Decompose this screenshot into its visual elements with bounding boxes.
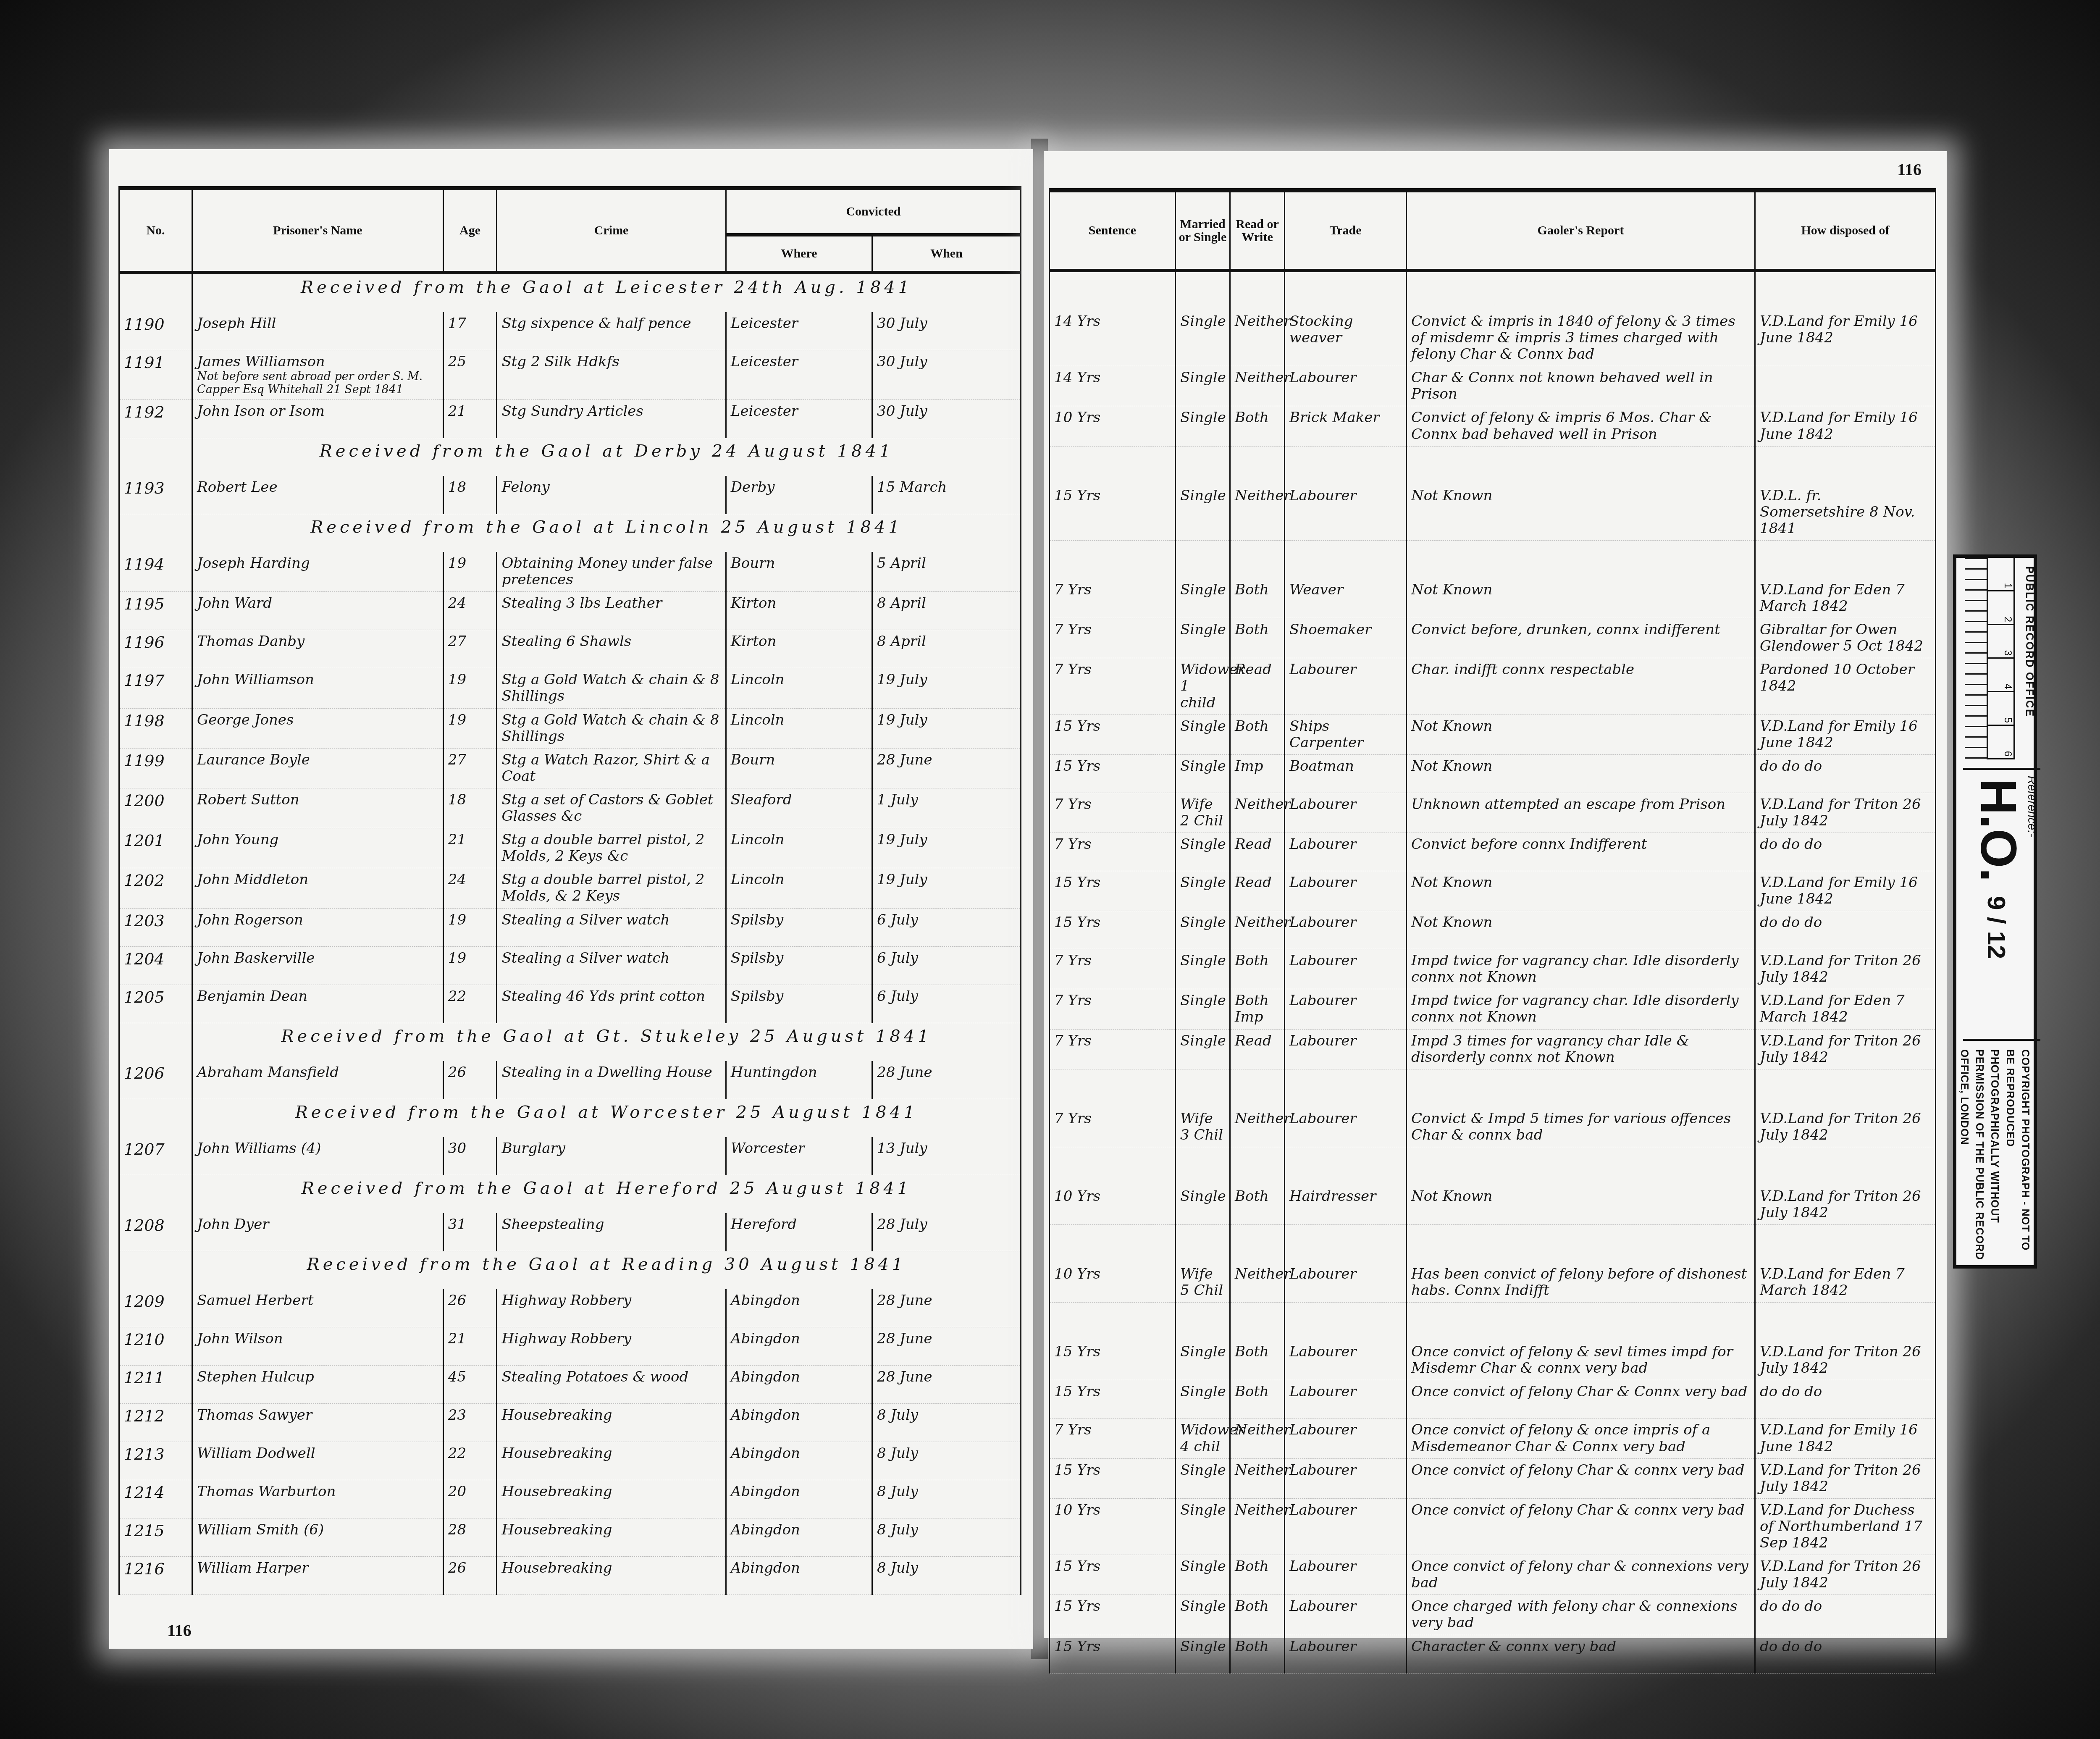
blank-report-cell (1407, 1303, 1755, 1341)
prisoner-row: 1198George Jones19Stg a Gold Watch & cha… (119, 708, 1021, 748)
prisoner-name: William Harper (192, 1556, 444, 1595)
how-disposed-of: V.D.Land for Triton 26 July 1842 (1755, 1185, 1936, 1225)
prisoner-age: 18 (443, 788, 497, 828)
prisoner-age: 20 (443, 1480, 497, 1518)
how-disposed-of: Gibraltar for Owen Glendower 5 Oct 1842 (1755, 618, 1936, 658)
prisoner-name: Robert Lee (192, 476, 444, 514)
trade: Labourer (1285, 793, 1407, 833)
trade: Ships Carpenter (1285, 715, 1407, 754)
sentence: 15 Yrs (1050, 1340, 1176, 1380)
prisoner-number: 1214 (119, 1480, 192, 1518)
scale-mark: 3 (1988, 625, 2013, 659)
gaolers-report: Convict of felony & impris 6 Mos. Char &… (1407, 406, 1755, 446)
prisoner-name: John Wilson (192, 1327, 444, 1365)
prisoner-name: Thomas Warburton (192, 1480, 444, 1518)
prisoner-age: 23 (443, 1403, 497, 1442)
blank-read-cell (1230, 1069, 1285, 1107)
how-disposed-of: V.D.Land for Triton 26 July 1842 (1755, 1340, 1936, 1380)
scale-mark: 5 (1988, 692, 2013, 726)
prisoner-row-detail: 15 YrsSingleBothShips CarpenterNot Known… (1050, 715, 1936, 754)
prisoner-name: Samuel Herbert (192, 1289, 444, 1327)
prisoner-age: 21 (443, 828, 497, 868)
convicted-when: 15 March (872, 476, 1021, 514)
trade: Brick Maker (1285, 406, 1407, 446)
how-disposed-of: do do do (1755, 1380, 1936, 1419)
prisoner-crime: Stealing Potatoes & wood (497, 1365, 726, 1403)
read-or-write: Both (1230, 618, 1285, 658)
sentence: 7 Yrs (1050, 833, 1176, 871)
blank-read-cell (1230, 1225, 1285, 1263)
prisoner-age: 19 (443, 708, 497, 748)
convicted-when: 19 July (872, 828, 1021, 868)
prisoner-row: 1195John Ward24Stealing 3 lbs LeatherKir… (119, 592, 1021, 630)
blank-trade-cell (1285, 540, 1407, 578)
prisoner-name: John Baskerville (192, 946, 444, 985)
sentence: 15 Yrs (1050, 715, 1176, 754)
convicted-when: 6 July (872, 985, 1021, 1023)
read-or-write: Both (1230, 406, 1285, 446)
trade: Labourer (1285, 949, 1407, 989)
prisoner-row: 1212Thomas Sawyer23HousebreakingAbingdon… (119, 1403, 1021, 1442)
convicted-where: Lincoln (726, 868, 872, 908)
prisoner-crime: Stg a Gold Watch & chain & 8 Shillings (497, 708, 726, 748)
prisoner-row-detail: 10 YrsSingleBothHairdresserNot KnownV.D.… (1050, 1185, 1936, 1225)
prisoner-row: 1197John Williamson19Stg a Gold Watch & … (119, 668, 1021, 708)
trade: Labourer (1285, 1419, 1407, 1458)
read-or-write: Both (1230, 578, 1285, 618)
prisoner-age: 28 (443, 1518, 497, 1556)
gaolers-report: Convict before, drunken, connx indiffere… (1407, 618, 1755, 658)
received-from-gaol-row: Received from the Gaol at Hereford 25 Au… (119, 1175, 1021, 1213)
trade: Labourer (1285, 1498, 1407, 1555)
prisoner-crime: Stealing 3 lbs Leather (497, 592, 726, 630)
sentence: 10 Yrs (1050, 406, 1176, 446)
prisoner-name: Abraham Mansfield (192, 1061, 444, 1099)
convicted-where: Kirton (726, 630, 872, 668)
gaolers-report: Convict & impris in 1840 of felony & 3 t… (1407, 310, 1755, 366)
prisoner-row: 1208John Dyer31SheepstealingHereford28 J… (119, 1213, 1021, 1251)
prisoner-crime: Stg 2 Silk Hdkfs (497, 350, 726, 400)
sentence: 7 Yrs (1050, 618, 1176, 658)
married-or-single: Single (1176, 833, 1230, 871)
prisoner-name: William Smith (6) (192, 1518, 444, 1556)
convicted-when: 28 July (872, 1213, 1021, 1251)
married-or-single: Single (1176, 1340, 1230, 1380)
how-disposed-of: V.D.Land for Emily 16 June 1842 (1755, 406, 1936, 446)
blank-married-cell (1176, 1147, 1230, 1185)
gaolers-report: Not Known (1407, 871, 1755, 911)
received-from-gaol-row: Received from the Gaol at Reading 30 Aug… (119, 1251, 1021, 1289)
prisoner-age: 27 (443, 748, 497, 788)
how-disposed-of: do do do (1755, 1595, 1936, 1635)
prisoner-row: 1205Benjamin Dean22Stealing 46 Yds print… (119, 985, 1021, 1023)
sentence: 7 Yrs (1050, 793, 1176, 833)
read-or-write: Both (1230, 1595, 1285, 1635)
convicted-when: 8 July (872, 1442, 1021, 1480)
gaolers-report: Impd twice for vagrancy char. Idle disor… (1407, 949, 1755, 989)
blank-cell (119, 1175, 192, 1213)
trade: Labourer (1285, 1263, 1407, 1303)
prisoner-age: 21 (443, 400, 497, 438)
prisoner-note: Not before sent abroad per order S. M. C… (197, 370, 438, 396)
prisoner-row-detail: 15 YrsSingleBothLabourerCharacter & conn… (1050, 1635, 1936, 1673)
prisoner-name: Joseph Hill (192, 312, 444, 350)
convicted-where: Abingdon (726, 1556, 872, 1595)
convicted-when: 30 July (872, 312, 1021, 350)
how-disposed-of: V.D.Land for Triton 26 July 1842 (1755, 1458, 1936, 1498)
read-or-write: Neither (1230, 1263, 1285, 1303)
married-or-single: Single (1176, 1498, 1230, 1555)
prisoner-row-detail: 15 YrsSingleImpBoatmanNot Knowndo do do (1050, 754, 1936, 793)
prisoner-row-detail: 15 YrsSingleReadLabourerNot KnownV.D.Lan… (1050, 871, 1936, 911)
convicted-when: 28 June (872, 748, 1021, 788)
gaolers-report: Not Known (1407, 484, 1755, 541)
prisoner-name: James WilliamsonNot before sent abroad p… (192, 350, 444, 400)
prisoner-row-detail: 7 YrsSingleBothLabourerImpd twice for va… (1050, 949, 1936, 989)
prisoner-age: 19 (443, 908, 497, 946)
married-or-single: Single (1176, 989, 1230, 1029)
convicted-when: 5 April (872, 552, 1021, 592)
reference-series: H.O. (1973, 778, 2024, 882)
read-or-write: Neither (1230, 366, 1285, 406)
convicted-where: Abingdon (726, 1480, 872, 1518)
trade: Labourer (1285, 833, 1407, 871)
copyright-notice: COPYRIGHT PHOTOGRAPH - NOT TO BE REPRODU… (1956, 1041, 2040, 1272)
trade: Labourer (1285, 989, 1407, 1029)
prisoner-name: Joseph Harding (192, 552, 444, 592)
prisoner-name: George Jones (192, 708, 444, 748)
gaolers-report: Character & connx very bad (1407, 1635, 1755, 1673)
sentence: 15 Yrs (1050, 1380, 1176, 1419)
gaolers-report: Char & Connx not known behaved well in P… (1407, 366, 1755, 406)
prisoner-number: 1205 (119, 985, 192, 1023)
prisoner-age: 17 (443, 312, 497, 350)
convicted-where: Kirton (726, 592, 872, 630)
convicted-where: Bourn (726, 552, 872, 592)
prisoner-row: 1194Joseph Harding19Obtaining Money unde… (119, 552, 1021, 592)
prisoner-crime: Stealing 46 Yds print cotton (497, 985, 726, 1023)
prisoner-age: 45 (443, 1365, 497, 1403)
prisoner-row: 1199Laurance Boyle27Stg a Watch Razor, S… (119, 748, 1021, 788)
prisoner-number: 1193 (119, 476, 192, 514)
prisoner-row-detail: 7 YrsSingleBothShoemakerConvict before, … (1050, 618, 1936, 658)
trade: Labourer (1285, 911, 1407, 949)
header-how-disposed-of: How disposed of (1755, 190, 1936, 271)
prisoner-number: 1196 (119, 630, 192, 668)
read-or-write: Imp (1230, 754, 1285, 793)
read-or-write: Neither (1230, 793, 1285, 833)
register-table-left: No. Prisoner's Name Age Crime Convicted … (118, 186, 1021, 1595)
gaolers-report: Not Known (1407, 1185, 1755, 1225)
gaolers-report: Once convict of felony Char & connx very… (1407, 1458, 1755, 1498)
scale-ruler: PUBLIC RECORD OFFICE 123456 (1963, 558, 2040, 770)
how-disposed-of: do do do (1755, 1635, 1936, 1673)
trade: Hairdresser (1285, 1185, 1407, 1225)
married-or-single: Single (1176, 1185, 1230, 1225)
married-or-single: Single (1176, 484, 1230, 541)
sentence: 15 Yrs (1050, 1555, 1176, 1595)
trade: Labourer (1285, 1107, 1407, 1147)
married-or-single: Single (1176, 366, 1230, 406)
right-page-number: 116 (1897, 160, 1921, 179)
married-or-single: Single (1176, 1555, 1230, 1595)
header-no: No. (119, 188, 192, 273)
blank-read-cell (1230, 1303, 1285, 1341)
prisoner-row-detail: 7 YrsWidower 1 childReadLabourerChar. in… (1050, 658, 1936, 715)
read-or-write: Neither (1230, 310, 1285, 366)
married-or-single: Single (1176, 406, 1230, 446)
prisoner-age: 24 (443, 592, 497, 630)
prisoner-number: 1213 (119, 1442, 192, 1480)
prisoner-number: 1198 (119, 708, 192, 748)
convicted-where: Abingdon (726, 1442, 872, 1480)
sentence: 15 Yrs (1050, 911, 1176, 949)
prisoner-row: 1192John Ison or Isom21Stg Sundry Articl… (119, 400, 1021, 438)
read-or-write: Both (1230, 1555, 1285, 1595)
trade: Labourer (1285, 1340, 1407, 1380)
prisoner-number: 1212 (119, 1403, 192, 1442)
blank-sentence-cell (1050, 1069, 1176, 1107)
blank-trade-cell (1285, 446, 1407, 484)
married-or-single: Single (1176, 1458, 1230, 1498)
convicted-when: 8 July (872, 1403, 1021, 1442)
sentence: 15 Yrs (1050, 1595, 1176, 1635)
read-or-write: Both (1230, 715, 1285, 754)
convicted-when: 19 July (872, 708, 1021, 748)
prisoner-row: 1191James WilliamsonNot before sent abro… (119, 350, 1021, 400)
prisoner-name: Thomas Danby (192, 630, 444, 668)
convicted-where: Abingdon (726, 1365, 872, 1403)
prisoner-row-detail: 7 YrsSingleBothWeaverNot KnownV.D.Land f… (1050, 578, 1936, 618)
sentence: 7 Yrs (1050, 949, 1176, 989)
received-from-gaol-row: Received from the Gaol at Leicester 24th… (119, 273, 1021, 312)
blank-report-cell (1407, 271, 1755, 310)
read-or-write: Neither (1230, 1458, 1285, 1498)
prisoner-name: John Williams (4) (192, 1137, 444, 1175)
prisoner-row-detail: 15 YrsSingleNeitherLabourerNot KnownV.D.… (1050, 484, 1936, 541)
left-page: No. Prisoner's Name Age Crime Convicted … (109, 149, 1033, 1649)
sentence: 7 Yrs (1050, 1419, 1176, 1458)
blank-trade-cell (1285, 1303, 1407, 1341)
gaolers-report: Unknown attempted an escape from Prison (1407, 793, 1755, 833)
prisoner-row-detail: 7 YrsWife 2 ChilNeitherLabourerUnknown a… (1050, 793, 1936, 833)
married-or-single: Single (1176, 715, 1230, 754)
read-or-write: Read (1230, 833, 1285, 871)
prisoner-number: 1215 (119, 1518, 192, 1556)
header-sentence: Sentence (1050, 190, 1176, 271)
convicted-when: 28 June (872, 1327, 1021, 1365)
convicted-when: 8 April (872, 592, 1021, 630)
blank-sentence-cell (1050, 271, 1176, 310)
right-page: 116 Sentence Married or Single Read or W… (1044, 151, 1947, 1638)
blank-read-cell (1230, 271, 1285, 310)
read-or-write: Both (1230, 1380, 1285, 1419)
prisoner-row-detail: 15 YrsSingleBothLabourerOnce convict of … (1050, 1340, 1936, 1380)
how-disposed-of (1755, 366, 1936, 406)
married-or-single: Single (1176, 754, 1230, 793)
sentence: 15 Yrs (1050, 484, 1176, 541)
prisoner-age: 24 (443, 868, 497, 908)
prisoner-row: 1201John Young21Stg a double barrel pist… (119, 828, 1021, 868)
blank-disposed-cell (1755, 271, 1936, 310)
convicted-when: 19 July (872, 668, 1021, 708)
convicted-when: 28 June (872, 1289, 1021, 1327)
gaolers-report: Not Known (1407, 715, 1755, 754)
prisoner-name: Thomas Sawyer (192, 1403, 444, 1442)
married-or-single: Widower 1 child (1176, 658, 1230, 715)
how-disposed-of: V.D.Land for Triton 26 July 1842 (1755, 793, 1936, 833)
convicted-when: 28 June (872, 1061, 1021, 1099)
prisoner-row-detail: 7 YrsSingleReadLabourerImpd 3 times for … (1050, 1029, 1936, 1069)
convicted-where: Derby (726, 476, 872, 514)
prisoner-name: John Williamson (192, 668, 444, 708)
sentence: 7 Yrs (1050, 1107, 1176, 1147)
scale-mark: 6 (1988, 726, 2013, 759)
convicted-where: Spilsby (726, 908, 872, 946)
prisoner-crime: Burglary (497, 1137, 726, 1175)
trade: Labourer (1285, 1380, 1407, 1419)
received-from-gaol-row-blank (1050, 1303, 1936, 1341)
married-or-single: Widower 4 chil (1176, 1419, 1230, 1458)
convicted-when: 8 April (872, 630, 1021, 668)
prisoner-age: 18 (443, 476, 497, 514)
scale-marks: 123456 (1987, 558, 2015, 759)
prisoner-row-detail: 10 YrsSingleBothBrick MakerConvict of fe… (1050, 406, 1936, 446)
prisoner-crime: Stg a Watch Razor, Shirt & a Coat (497, 748, 726, 788)
prisoner-crime: Stealing a Silver watch (497, 946, 726, 985)
prisoner-number: 1204 (119, 946, 192, 985)
prisoner-row-detail: 14 YrsSingleNeitherStocking weaverConvic… (1050, 310, 1936, 366)
convicted-when: 8 July (872, 1556, 1021, 1595)
sentence: 7 Yrs (1050, 658, 1176, 715)
prisoner-name: John Ison or Isom (192, 400, 444, 438)
gaolers-report: Char. indifft connx respectable (1407, 658, 1755, 715)
convicted-where: Abingdon (726, 1327, 872, 1365)
convicted-when: 8 July (872, 1518, 1021, 1556)
blank-report-cell (1407, 540, 1755, 578)
gaolers-report: Impd twice for vagrancy char. Idle disor… (1407, 989, 1755, 1029)
prisoner-row-detail: 7 YrsWidower 4 chilNeitherLabourerOnce c… (1050, 1419, 1936, 1458)
blank-married-cell (1176, 540, 1230, 578)
blank-disposed-cell (1755, 1069, 1936, 1107)
prisoner-name: John Rogerson (192, 908, 444, 946)
prisoner-row: 1206Abraham Mansfield26Stealing in a Dwe… (119, 1061, 1021, 1099)
prisoner-crime: Housebreaking (497, 1442, 726, 1480)
blank-sentence-cell (1050, 1147, 1176, 1185)
prisoner-age: 22 (443, 985, 497, 1023)
read-or-write: Both (1230, 1340, 1285, 1380)
left-register-body: Received from the Gaol at Leicester 24th… (119, 273, 1021, 1595)
received-from-gaol-row: Received from the Gaol at Gt. Stukeley 2… (119, 1023, 1021, 1061)
blank-cell (119, 438, 192, 476)
how-disposed-of: V.D.Land for Emily 16 June 1842 (1755, 310, 1936, 366)
blank-disposed-cell (1755, 1303, 1936, 1341)
prisoner-row: 1202John Middleton24Stg a double barrel … (119, 868, 1021, 908)
header-where: Where (726, 235, 872, 273)
blank-cell (119, 1099, 192, 1137)
prisoner-number: 1203 (119, 908, 192, 946)
header-convicted: Convicted (726, 188, 1021, 235)
received-note: Received from the Gaol at Worcester 25 A… (192, 1099, 1021, 1137)
convicted-when: 30 July (872, 350, 1021, 400)
gaolers-report: Convict & Impd 5 times for various offen… (1407, 1107, 1755, 1147)
sentence: 7 Yrs (1050, 1029, 1176, 1069)
trade: Labourer (1285, 1555, 1407, 1595)
prisoner-crime: Stg a set of Castors & Goblet Glasses &c (497, 788, 726, 828)
prisoner-crime: Stg a Gold Watch & chain & 8 Shillings (497, 668, 726, 708)
gaolers-report: Not Known (1407, 578, 1755, 618)
convicted-where: Abingdon (726, 1289, 872, 1327)
gaolers-report: Once convict of felony & once impris of … (1407, 1419, 1755, 1458)
trade: Labourer (1285, 1458, 1407, 1498)
stamp-office-label: PUBLIC RECORD OFFICE (2023, 566, 2036, 717)
prisoner-crime: Housebreaking (497, 1480, 726, 1518)
how-disposed-of: V.D.Land for Triton 26 July 1842 (1755, 949, 1936, 989)
blank-cell (119, 514, 192, 552)
prisoner-crime: Housebreaking (497, 1403, 726, 1442)
prisoner-number: 1190 (119, 312, 192, 350)
prisoner-row-detail: 7 YrsSingleBoth ImpLabourerImpd twice fo… (1050, 989, 1936, 1029)
prisoner-row: 1214Thomas Warburton20HousebreakingAbing… (119, 1480, 1021, 1518)
how-disposed-of: V.D.Land for Triton 26 July 1842 (1755, 1555, 1936, 1595)
prisoner-crime: Obtaining Money under false pretences (497, 552, 726, 592)
how-disposed-of: V.D.Land for Eden 7 March 1842 (1755, 1263, 1936, 1303)
blank-cell (119, 1251, 192, 1289)
trade: Labourer (1285, 1595, 1407, 1635)
reference-box: Reference:- H.O. 9 / 12 (1963, 770, 2040, 1041)
sentence: 15 Yrs (1050, 754, 1176, 793)
received-from-gaol-row-blank (1050, 540, 1936, 578)
received-from-gaol-row-blank (1050, 1069, 1936, 1107)
prisoner-row: 1190Joseph Hill17Stg sixpence & half pen… (119, 312, 1021, 350)
prisoner-crime: Stg sixpence & half pence (497, 312, 726, 350)
header-trade: Trade (1285, 190, 1407, 271)
sentence: 10 Yrs (1050, 1263, 1176, 1303)
prisoner-row-detail: 7 YrsSingleReadLabourerConvict before co… (1050, 833, 1936, 871)
sentence: 14 Yrs (1050, 310, 1176, 366)
received-from-gaol-row: Received from the Gaol at Lincoln 25 Aug… (119, 514, 1021, 552)
prisoner-crime: Stg Sundry Articles (497, 400, 726, 438)
married-or-single: Single (1176, 1595, 1230, 1635)
prisoner-number: 1210 (119, 1327, 192, 1365)
prisoner-number: 1197 (119, 668, 192, 708)
reference-label: Reference:- (2025, 776, 2039, 837)
blank-married-cell (1176, 1303, 1230, 1341)
prisoner-row-detail: 15 YrsSingleBothLabourerOnce charged wit… (1050, 1595, 1936, 1635)
register-table-right: Sentence Married or Single Read or Write… (1049, 188, 1936, 1673)
sentence: 14 Yrs (1050, 366, 1176, 406)
prisoner-number: 1209 (119, 1289, 192, 1327)
sentence: 15 Yrs (1050, 871, 1176, 911)
how-disposed-of: V.D.Land for Emily 16 June 1842 (1755, 1419, 1936, 1458)
blank-report-cell (1407, 1069, 1755, 1107)
prisoner-row: 1200Robert Sutton18Stg a set of Castors … (119, 788, 1021, 828)
blank-cell (119, 1023, 192, 1061)
prisoner-row: 1209Samuel Herbert26Highway RobberyAbing… (119, 1289, 1021, 1327)
married-or-single: Wife 5 Chil (1176, 1263, 1230, 1303)
married-or-single: Single (1176, 310, 1230, 366)
header-read-or-write: Read or Write (1230, 190, 1285, 271)
blank-read-cell (1230, 446, 1285, 484)
prisoner-name: John Dyer (192, 1213, 444, 1251)
prisoner-age: 21 (443, 1327, 497, 1365)
trade: Labourer (1285, 366, 1407, 406)
convicted-where: Huntingdon (726, 1061, 872, 1099)
how-disposed-of: V.D.L. fr. Somersetshire 8 Nov. 1841 (1755, 484, 1936, 541)
received-from-gaol-row: Received from the Gaol at Derby 24 Augus… (119, 438, 1021, 476)
left-page-number: 116 (167, 1621, 192, 1640)
read-or-write: Neither (1230, 1419, 1285, 1458)
